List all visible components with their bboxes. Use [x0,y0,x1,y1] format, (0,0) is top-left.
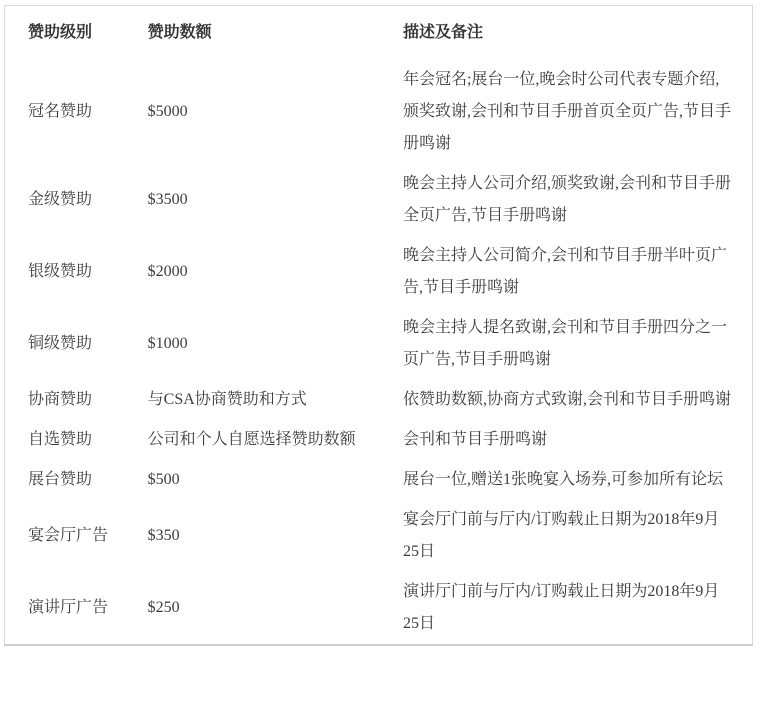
cell-amount: $3500 [125,164,380,236]
cell-amount: $350 [125,500,380,572]
cell-amount: $2000 [125,236,380,308]
table-row: 协商赞助 与CSA协商赞助和方式 依赞助数额,协商方式致谢,会刊和节目手册鸣谢 [5,380,753,420]
table-row: 金级赞助 $3500 晚会主持人公司介绍,颁奖致谢,会刊和节目手册全页广告,节目… [5,164,753,236]
cell-amount: $500 [125,460,380,500]
sponsorship-table: 赞助级别 赞助数额 描述及备注 冠名赞助 $5000 年会冠名;展台一位,晚会时… [4,5,753,646]
table-row: 银级赞助 $2000 晚会主持人公司简介,会刊和节目手册半叶页广告,节目手册鸣谢 [5,236,753,308]
cell-level: 演讲厅广告 [5,572,125,645]
cell-amount: 公司和个人自愿选择赞助数额 [125,420,380,460]
cell-description: 演讲厅门前与厅内/订购载止日期为2018年9月25日 [380,572,753,645]
column-header-amount: 赞助数额 [125,6,380,61]
cell-level: 铜级赞助 [5,308,125,380]
cell-description: 晚会主持人公司介绍,颁奖致谢,会刊和节目手册全页广告,节目手册鸣谢 [380,164,753,236]
cell-description: 依赞助数额,协商方式致谢,会刊和节目手册鸣谢 [380,380,753,420]
table-row: 演讲厅广告 $250 演讲厅门前与厅内/订购载止日期为2018年9月25日 [5,572,753,645]
column-header-description: 描述及备注 [380,6,753,61]
cell-description: 展台一位,赠送1张晚宴入场券,可参加所有论坛 [380,460,753,500]
table-row: 宴会厅广告 $350 宴会厅门前与厅内/订购载止日期为2018年9月25日 [5,500,753,572]
cell-amount: 与CSA协商赞助和方式 [125,380,380,420]
column-header-level: 赞助级别 [5,6,125,61]
cell-amount: $1000 [125,308,380,380]
cell-level: 银级赞助 [5,236,125,308]
cell-level: 金级赞助 [5,164,125,236]
table-row: 铜级赞助 $1000 晚会主持人提名致谢,会刊和节目手册四分之一页广告,节目手册… [5,308,753,380]
table-row: 展台赞助 $500 展台一位,赠送1张晚宴入场券,可参加所有论坛 [5,460,753,500]
cell-description: 年会冠名;展台一位,晚会时公司代表专题介绍,颁奖致谢,会刊和节目手册首页全页广告… [380,60,753,164]
table-header-row: 赞助级别 赞助数额 描述及备注 [5,6,753,61]
cell-amount: $5000 [125,60,380,164]
cell-amount: $250 [125,572,380,645]
table-row: 自选赞助 公司和个人自愿选择赞助数额 会刊和节目手册鸣谢 [5,420,753,460]
cell-description: 会刊和节目手册鸣谢 [380,420,753,460]
cell-level: 宴会厅广告 [5,500,125,572]
cell-level: 协商赞助 [5,380,125,420]
cell-level: 自选赞助 [5,420,125,460]
cell-description: 宴会厅门前与厅内/订购载止日期为2018年9月25日 [380,500,753,572]
cell-level: 冠名赞助 [5,60,125,164]
cell-level: 展台赞助 [5,460,125,500]
cell-description: 晚会主持人公司简介,会刊和节目手册半叶页广告,节目手册鸣谢 [380,236,753,308]
table-row: 冠名赞助 $5000 年会冠名;展台一位,晚会时公司代表专题介绍,颁奖致谢,会刊… [5,60,753,164]
cell-description: 晚会主持人提名致谢,会刊和节目手册四分之一页广告,节目手册鸣谢 [380,308,753,380]
